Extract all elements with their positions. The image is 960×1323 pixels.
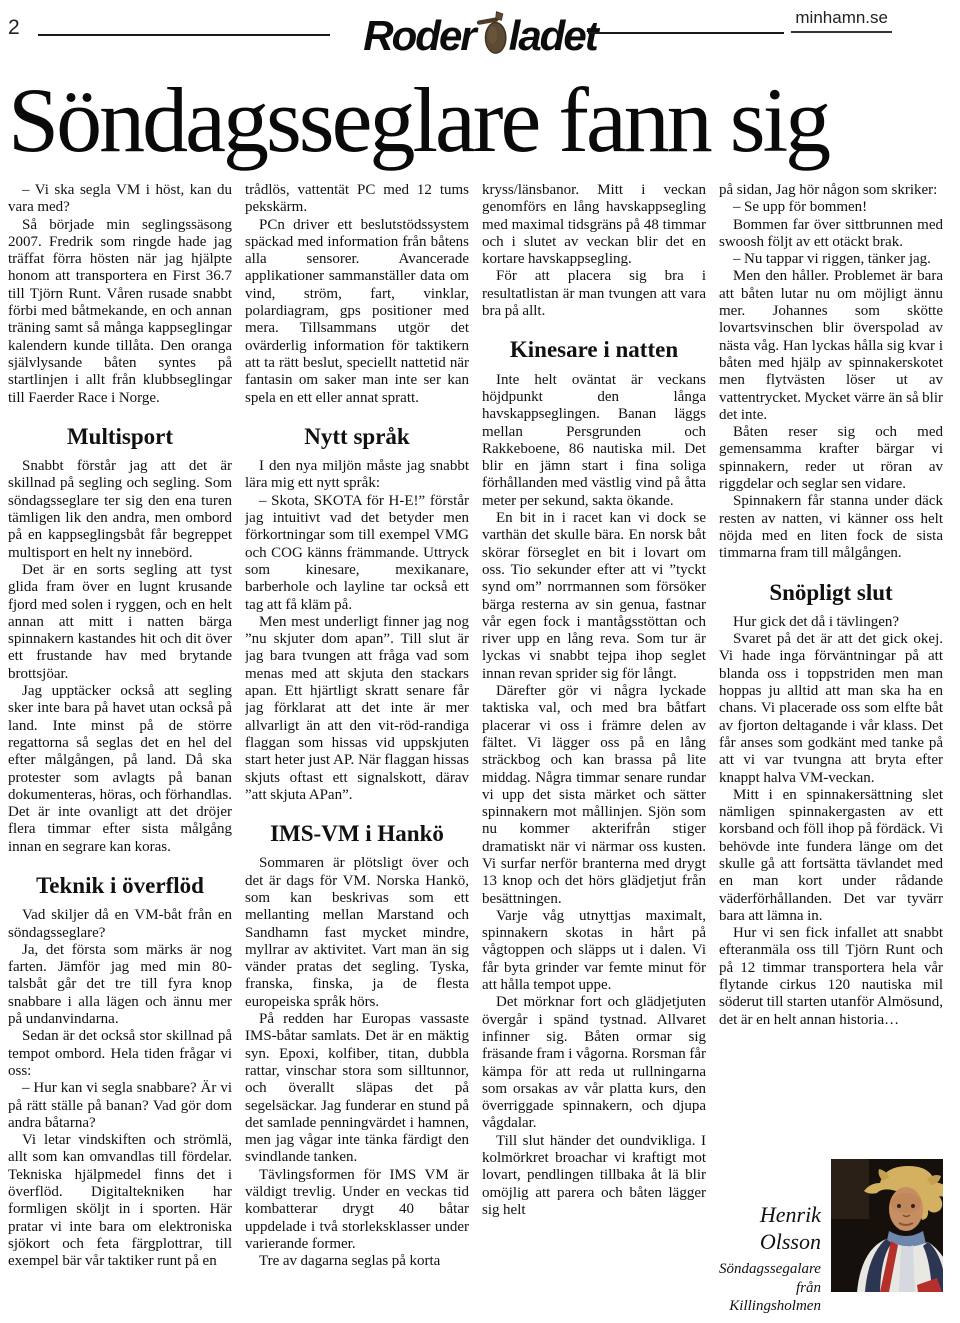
column-text: på sidan, Jag hör någon som skriker:– Se… xyxy=(719,182,943,1029)
section-heading: Snöpligt slut xyxy=(719,580,943,605)
article-paragraph: Hur vi sen fick infallet att snabbt efte… xyxy=(719,925,943,1029)
sailor-portrait-photo xyxy=(831,1159,943,1292)
article-headline: Söndagsseglare fann sig xyxy=(0,72,960,166)
site-url: minhamn.se xyxy=(791,8,892,33)
article-paragraph: kryss/länsbanor. Mitt i veckan genomförs… xyxy=(482,182,706,268)
article-paragraph: En bit in i racet kan vi dock se varthän… xyxy=(482,510,706,683)
article-paragraph: Sedan är det också stor skillnad på temp… xyxy=(8,1028,232,1080)
article-paragraph: Spinnakern får stanna under däck resten … xyxy=(719,493,943,562)
article-paragraph: Så började min seglingssäsong 2007. Fred… xyxy=(8,217,232,407)
article-paragraph: Men mest underligt finner jag nog ”nu sk… xyxy=(245,614,469,804)
article-paragraph: Men den håller. Problemet är bara att bå… xyxy=(719,268,943,424)
author-origin: från Killingsholmen xyxy=(719,1279,821,1317)
article-paragraph: Bommen far över sittbrunnen med swoosh f… xyxy=(719,217,943,252)
article-body: – Vi ska segla VM i höst, kan du vara me… xyxy=(0,166,960,1316)
article-column-2: trådlös, vattentät PC med 12 tums pekskä… xyxy=(245,182,469,1316)
article-paragraph: Till slut händer det oundvikliga. I kolm… xyxy=(482,1133,706,1219)
newspaper-page: 2 Roder ladet minhamn.se Söndagsseglare … xyxy=(0,0,960,1323)
article-paragraph: Mitt i en spinnakersättning slet nämlige… xyxy=(719,787,943,925)
section-heading: Nytt språk xyxy=(245,424,469,449)
byline: Henrik Olsson Söndagssegalare från Killi… xyxy=(719,1159,821,1316)
article-paragraph: Därefter gör vi några lyckade taktiska v… xyxy=(482,683,706,908)
article-paragraph: Det mörknar fort och glädjetjuten övergå… xyxy=(482,994,706,1132)
author-name: Henrik Olsson xyxy=(719,1201,821,1256)
article-paragraph: Jag upptäcker också att segling sker int… xyxy=(8,683,232,856)
article-column-3: kryss/länsbanor. Mitt i veckan genomförs… xyxy=(482,182,706,1316)
article-paragraph: – Nu tappar vi riggen, tänker jag. xyxy=(719,251,943,268)
page-header: 2 Roder ladet minhamn.se xyxy=(0,0,960,72)
article-paragraph: på sidan, Jag hör någon som skriker: xyxy=(719,182,943,199)
article-paragraph: Sommaren är plötsligt över och det är da… xyxy=(245,855,469,1011)
article-paragraph: – Skota, SKOTA för H-E!” förstår jag int… xyxy=(245,493,469,614)
article-paragraph: – Se upp för bommen! xyxy=(719,199,943,216)
article-paragraph: På redden har Europas vassaste IMS-båtar… xyxy=(245,1011,469,1167)
section-heading: Kinesare i natten xyxy=(482,337,706,362)
author-role: Söndagssegalare xyxy=(719,1260,821,1279)
article-paragraph: Hur gick det då i tävlingen? xyxy=(719,614,943,631)
article-paragraph: Tre av dagarna seglas på korta xyxy=(245,1253,469,1270)
masthead-text-right: ladet xyxy=(509,15,597,57)
section-heading: IMS-VM i Hankö xyxy=(245,821,469,846)
article-paragraph: Tävlingsformen för IMS VM är väldigt tre… xyxy=(245,1167,469,1253)
article-paragraph: trådlös, vattentät PC med 12 tums pekskä… xyxy=(245,182,469,217)
article-column-1: – Vi ska segla VM i höst, kan du vara me… xyxy=(8,182,232,1316)
article-paragraph: Svaret på det är att det gick okej. Vi h… xyxy=(719,631,943,787)
article-paragraph: Det är en sorts segling att tyst glida f… xyxy=(8,562,232,683)
article-paragraph: – Hur kan vi segla snabbare? Är vi på rä… xyxy=(8,1080,232,1132)
section-heading: Multisport xyxy=(8,424,232,449)
article-paragraph: Varje våg utnyttjas maximalt, spinnakern… xyxy=(482,908,706,994)
article-paragraph: Vi letar vindskiften och strömlä, allt s… xyxy=(8,1132,232,1270)
section-heading: Teknik i överflöd xyxy=(8,873,232,898)
masthead-text-left: Roder xyxy=(363,15,474,57)
article-paragraph: I den nya miljön måste jag snabbt lära m… xyxy=(245,458,469,493)
article-paragraph: – Vi ska segla VM i höst, kan du vara me… xyxy=(8,182,232,217)
article-column-4: på sidan, Jag hör någon som skriker:– Se… xyxy=(719,182,943,1316)
column-text: kryss/länsbanor. Mitt i veckan genomförs… xyxy=(482,182,706,1219)
column-text: trådlös, vattentät PC med 12 tums pekskä… xyxy=(245,182,469,1271)
article-paragraph: PCn driver ett beslutstödssystem späckad… xyxy=(245,217,469,407)
article-paragraph: Ja, det första som märks är nog farten. … xyxy=(8,942,232,1028)
column-text: – Vi ska segla VM i höst, kan du vara me… xyxy=(8,182,232,1271)
byline-row: Henrik Olsson Söndagssegalare från Killi… xyxy=(719,1159,943,1316)
header-rule-right xyxy=(588,32,784,34)
article-paragraph: Inte helt oväntat är veckans höjdpunkt d… xyxy=(482,372,706,510)
article-paragraph: Båten reser sig och med gemensamma kraft… xyxy=(719,424,943,493)
article-paragraph: Vad skiljer då en VM-båt från en söndags… xyxy=(8,907,232,942)
article-paragraph: För att placera sig bra i resultatlistan… xyxy=(482,268,706,320)
rudder-icon xyxy=(476,6,508,58)
article-paragraph: Snabbt förstår jag att det är skillnad p… xyxy=(8,458,232,562)
